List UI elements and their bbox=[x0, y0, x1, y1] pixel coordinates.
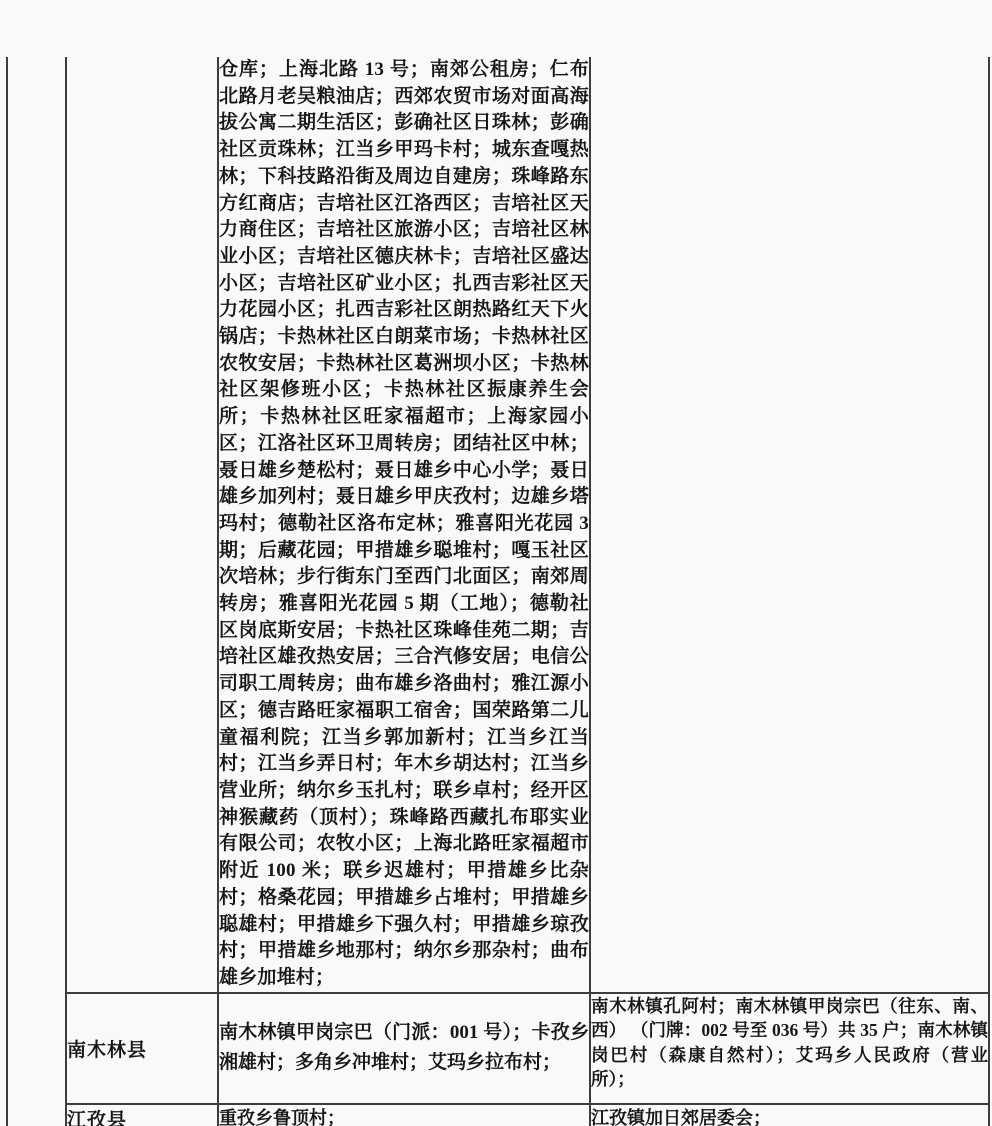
scanned-document-page: 仓库；上海北路 13 号；南郊公租房；仁布北路月老吴粮油店；西郊农贸市场对面高海… bbox=[0, 0, 992, 1126]
locations-cell: 仓库；上海北路 13 号；南郊公租房；仁布北路月老吴粮油店；西郊农贸市场对面高海… bbox=[218, 57, 590, 993]
county-cell: 南木林县 bbox=[66, 993, 218, 1104]
remarks-cell bbox=[590, 57, 989, 993]
left-spacer-cell bbox=[7, 57, 66, 1126]
districts-table: 仓库；上海北路 13 号；南郊公租房；仁布北路月老吴粮油店；西郊农贸市场对面高海… bbox=[6, 57, 990, 1126]
table-row: 江孜县 重孜乡鲁顶村； 江孜镇加日郊居委会； bbox=[7, 1104, 989, 1126]
locations-cell: 南木林镇甲岗宗巴（门派：001 号）；卡孜乡湘雄村；多角乡冲堆村；艾玛乡拉布村； bbox=[218, 993, 590, 1104]
county-cell: 江孜县 bbox=[66, 1104, 218, 1126]
remarks-cell: 南木林镇孔阿村；南木林镇甲岗宗巴（往东、南、西） （门牌：002 号至 036 … bbox=[590, 993, 989, 1104]
table-row: 南木林县 南木林镇甲岗宗巴（门派：001 号）；卡孜乡湘雄村；多角乡冲堆村；艾玛… bbox=[7, 993, 989, 1104]
table-row: 仓库；上海北路 13 号；南郊公租房；仁布北路月老吴粮油店；西郊农贸市场对面高海… bbox=[7, 57, 989, 993]
county-cell bbox=[66, 57, 218, 993]
locations-cell: 重孜乡鲁顶村； bbox=[218, 1104, 590, 1126]
remarks-cell: 江孜镇加日郊居委会； bbox=[590, 1104, 989, 1126]
